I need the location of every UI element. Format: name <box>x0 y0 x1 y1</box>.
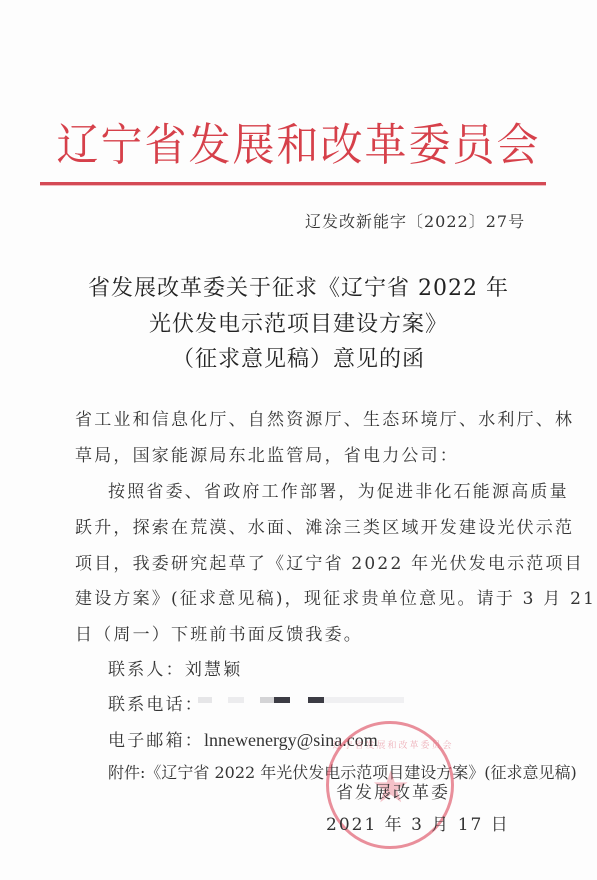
contact-person-label: 联系人： <box>108 660 185 680</box>
seal-text: 辽宁省发展和改革委员会 <box>329 738 457 751</box>
body-line-3: 项目，我委研究起草了《辽宁省 2022 年光伏发电示范项目 <box>75 549 584 574</box>
document-title-line-2: 光伏发电示范项目建设方案》 <box>0 307 597 338</box>
letterhead-org-name: 辽宁省发展和改革委员会 <box>0 111 597 174</box>
signature-org: 省发展改革委 <box>336 778 450 803</box>
redaction-block <box>228 697 244 703</box>
contact-phone-label: 联系电话： <box>108 690 204 715</box>
document-number: 辽发改新能字〔2022〕27号 <box>305 209 525 232</box>
body-line-2: 跃升，探索在荒漠、水面、滩涂三类区域开发建设光伏示范 <box>75 513 574 538</box>
document-title-line-1: 省发展改革委关于征求《辽宁省 2022 年 <box>0 271 597 302</box>
body-line-1: 按照省委、省政府工作部署，为促进非化石能源高质量 <box>108 477 569 502</box>
redaction-block <box>308 697 324 703</box>
contact-person: 联系人：刘慧颖 <box>108 655 242 680</box>
redaction-block <box>324 697 404 703</box>
redaction-block <box>260 697 274 703</box>
body-line-5: 日（周一）下班前书面反馈我委。 <box>75 620 363 645</box>
letterhead-red-rule <box>40 182 546 185</box>
contact-email-label: 电子邮箱： <box>108 731 204 751</box>
recipients-line-1: 省工业和信息化厅、自然资源厅、生态环境厅、水利厅、林 <box>75 405 574 430</box>
contact-person-value: 刘慧颖 <box>185 660 243 680</box>
body-line-4: 建设方案》(征求意见稿)，现征求贵单位意见。请于 3 月 21 <box>75 584 596 609</box>
document-title-line-3: （征求意见稿）意见的函 <box>0 342 597 373</box>
signature-date: 2021 年 3 月 17 日 <box>326 810 510 835</box>
redaction-block <box>274 697 290 703</box>
document-page: 辽宁省发展和改革委员会 辽发改新能字〔2022〕27号 省发展改革委关于征求《辽… <box>0 0 597 880</box>
recipients-line-2: 草局，国家能源局东北监管局，省电力公司： <box>75 441 459 466</box>
